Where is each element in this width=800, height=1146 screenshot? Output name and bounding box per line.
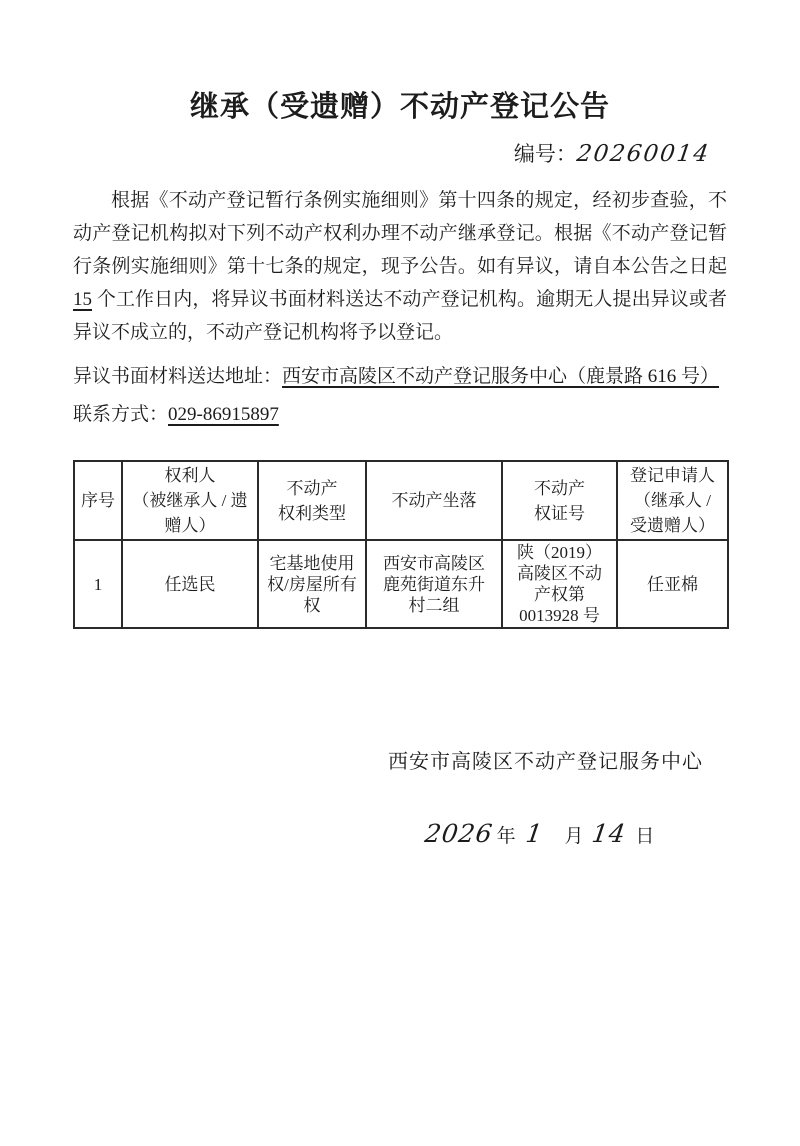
date-month-label: 月 bbox=[565, 820, 584, 854]
date-month-value: 1 bbox=[523, 817, 545, 851]
doc-number-label: 编号： bbox=[514, 142, 577, 166]
cell-certificate-number: 陕（2019） 高陵区不动 产权第 0013928 号 bbox=[502, 540, 617, 628]
date-day-value: 14 bbox=[589, 817, 628, 851]
cell-property-location: 西安市高陵区 鹿苑街道东升 村二组 bbox=[366, 540, 502, 628]
notice-document-page: 继承（受遗赠）不动产登记公告 编号：20260014 根据《不动产登记暂行条例实… bbox=[0, 0, 800, 1146]
doc-number-value: 20260014 bbox=[575, 140, 712, 168]
header-right-type: 不动产 权利类型 bbox=[258, 461, 366, 540]
registration-table: 序号 权利人 （被继承人 / 遗 赠人） 不动产 权利类型 不动产坐落 不动产 … bbox=[73, 460, 729, 629]
date-year-value: 2026 bbox=[423, 817, 495, 851]
header-certificate-number: 不动产 权证号 bbox=[502, 461, 617, 540]
contact-line: 联系方式：029-86915897 bbox=[73, 396, 727, 434]
issue-date-line: 2026年1月14日 bbox=[73, 817, 727, 854]
doc-number-line: 编号：20260014 bbox=[73, 140, 727, 168]
date-year-label: 年 bbox=[497, 820, 516, 854]
paragraph-part2: 个工作日内，将异议书面材料送达不动产登记机构。逾期无人提出异议或者异议不成立的，… bbox=[73, 289, 727, 343]
cell-applicant: 任亚棉 bbox=[617, 540, 728, 628]
objection-address-value: 西安市高陵区不动产登记服务中心（鹿景路 616 号） bbox=[282, 366, 719, 387]
objection-address-line: 异议书面材料送达地址：西安市高陵区不动产登记服务中心（鹿景路 616 号） bbox=[73, 358, 727, 396]
issuing-organization: 西安市高陵区不动产登记服务中心 bbox=[73, 751, 727, 773]
page-title: 继承（受遗赠）不动产登记公告 bbox=[73, 0, 727, 124]
header-applicant: 登记申请人 （继承人 / 受遗赠人） bbox=[617, 461, 728, 540]
header-right-holder: 权利人 （被继承人 / 遗 赠人） bbox=[122, 461, 258, 540]
cell-serial-number: 1 bbox=[74, 540, 122, 628]
table-header-row: 序号 权利人 （被继承人 / 遗 赠人） 不动产 权利类型 不动产坐落 不动产 … bbox=[74, 461, 728, 540]
contact-label: 联系方式： bbox=[73, 404, 168, 425]
objection-address-label: 异议书面材料送达地址： bbox=[73, 366, 282, 387]
contact-phone-value: 029-86915897 bbox=[168, 404, 279, 425]
objection-days-value: 15 bbox=[73, 289, 92, 310]
cell-right-type: 宅基地使用 权/房屋所有 权 bbox=[258, 540, 366, 628]
header-serial-number: 序号 bbox=[74, 461, 122, 540]
paragraph-part1: 根据《不动产登记暂行条例实施细则》第十四条的规定，经初步查验，不动产登记机构拟对… bbox=[73, 190, 727, 277]
header-property-location: 不动产坐落 bbox=[366, 461, 502, 540]
date-day-label: 日 bbox=[635, 820, 654, 854]
table-row: 1 任选民 宅基地使用 权/房屋所有 权 西安市高陵区 鹿苑街道东升 村二组 陕… bbox=[74, 540, 728, 628]
cell-right-holder: 任选民 bbox=[122, 540, 258, 628]
notice-body-paragraph: 根据《不动产登记暂行条例实施细则》第十四条的规定，经初步查验，不动产登记机构拟对… bbox=[73, 184, 727, 349]
